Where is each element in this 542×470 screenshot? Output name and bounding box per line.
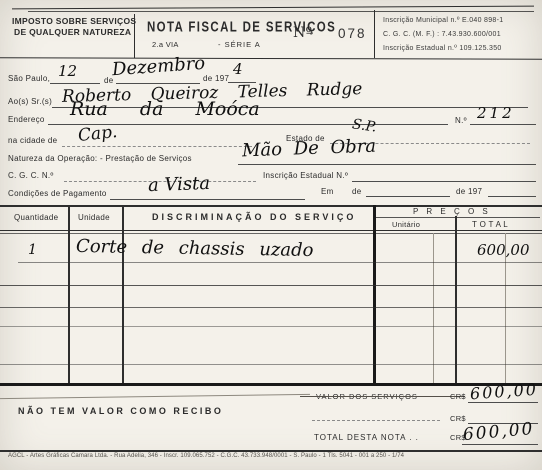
table-cents-line-unit (433, 233, 434, 385)
tax-heading-line2: DE QUALQUER NATUREZA (14, 27, 131, 37)
row-rule-5 (0, 364, 542, 365)
payment-line (110, 199, 305, 200)
cgc-label: C. G. C. N.º (8, 171, 54, 180)
tax-heading-line1: IMPOSTO SOBRE SERVIÇOS (12, 16, 136, 26)
col-unit-price-header: Unitário (392, 220, 420, 229)
ie-label: Inscrição Estadual N.º (263, 171, 348, 180)
nature-line (238, 164, 536, 165)
payment-handwritten: a Vista (148, 175, 211, 195)
table-col-line-1 (68, 205, 70, 385)
table-header-rule (0, 230, 542, 231)
municipal-registration: Inscrição Municipal n.º E.040 898-1 (383, 17, 503, 24)
middle-crs-label: CR$ (450, 414, 466, 423)
ie-line (352, 181, 536, 182)
col-quantity-header: Quantidade (14, 213, 58, 222)
row-rule-3 (0, 307, 542, 308)
table-col-line-3 (373, 205, 376, 385)
prices-subrule (376, 217, 540, 218)
city-date-label: São Paulo, (8, 74, 50, 83)
row-description-handwritten: Corte de chassis uzado (76, 238, 314, 260)
em-de-label: de (352, 187, 362, 196)
date-year-handwritten: 4 (233, 62, 243, 77)
address-number-line (470, 124, 536, 125)
col-prices-header: P R E Ç O S (413, 207, 491, 216)
date-day-line (50, 83, 100, 84)
customer-label: Ao(s) Sr.(s) (8, 97, 52, 106)
address-handwritten: Rua da Moóca (70, 100, 260, 119)
table-col-line-4 (455, 216, 457, 385)
printer-credit-line: AGCL - Artes Gráficas Camara Ltda. - Rua… (8, 453, 404, 459)
scan-scratch-line (0, 394, 310, 399)
invoice-number: 078 (338, 26, 367, 41)
via-label: 2.a VIA (152, 40, 179, 49)
services-crs-label: CR$ (450, 392, 466, 401)
header-divider-left (134, 14, 135, 58)
city-of-handwritten: Cap. (77, 124, 118, 145)
number-sign: Nº (293, 25, 312, 41)
address-label: Endereço (8, 115, 45, 124)
middle-leader-line (312, 420, 440, 421)
top-rule (12, 6, 534, 10)
row-rule-1 (18, 262, 542, 263)
address-number-label: N.º (455, 116, 467, 125)
row-quantity-handwritten: 1 (28, 243, 37, 257)
serie-label: - SÉRIE A (218, 40, 261, 49)
city-of-line (62, 146, 252, 147)
nature-label: Natureza da Operação: - Prestação de Ser… (8, 154, 192, 163)
table-header-rule-2 (0, 233, 542, 234)
table-bottom-rule (0, 383, 542, 386)
top-rule-2 (28, 11, 534, 12)
state-registration: Inscrição Estadual n.º 109.125.350 (383, 45, 502, 52)
nature-handwritten: Mão De Obra (242, 138, 377, 161)
services-value-handwritten: 600,00 (470, 382, 539, 403)
header-divider-right (374, 10, 375, 58)
address-number-handwritten: 212 (477, 106, 515, 121)
table-col-line-2 (122, 205, 124, 385)
cgc-registration: C. G. C. (M. F.) : 7.43.930.600/001 (383, 31, 501, 38)
em-label: Em (321, 187, 334, 196)
col-description-header: DISCRIMINAÇÃO DO SERVIÇO (152, 212, 356, 222)
col-total-header: T O T A L (472, 220, 508, 229)
row-rule-4 (0, 326, 542, 327)
em-year-line (488, 196, 536, 197)
total-value-handwritten: 600,00 (462, 421, 535, 444)
header-bottom-rule (0, 57, 542, 59)
date-month-handwritten: Dezembro (111, 55, 205, 79)
total-note-label: TOTAL DESTA NOTA . . (314, 433, 419, 442)
no-receipt-notice: NÃO TEM VALOR COMO RECIBO (18, 406, 223, 416)
date-day-handwritten: 12 (58, 64, 77, 79)
payment-label: Condições de Pagamento (8, 189, 107, 198)
footer-rule (0, 450, 542, 452)
row-rule-2 (0, 285, 542, 286)
row-total-handwritten: 600,00 (477, 243, 530, 258)
col-unit-header: Unidade (78, 213, 110, 222)
services-strike-line (300, 396, 465, 397)
em-year-label: de 197 (456, 187, 482, 196)
invoice-scan: IMPOSTO SOBRE SERVIÇOS DE QUALQUER NATUR… (0, 0, 542, 470)
city-of-label: na cidade de (8, 136, 57, 145)
em-line (366, 196, 450, 197)
state-handwritten: S.P. (351, 117, 377, 134)
